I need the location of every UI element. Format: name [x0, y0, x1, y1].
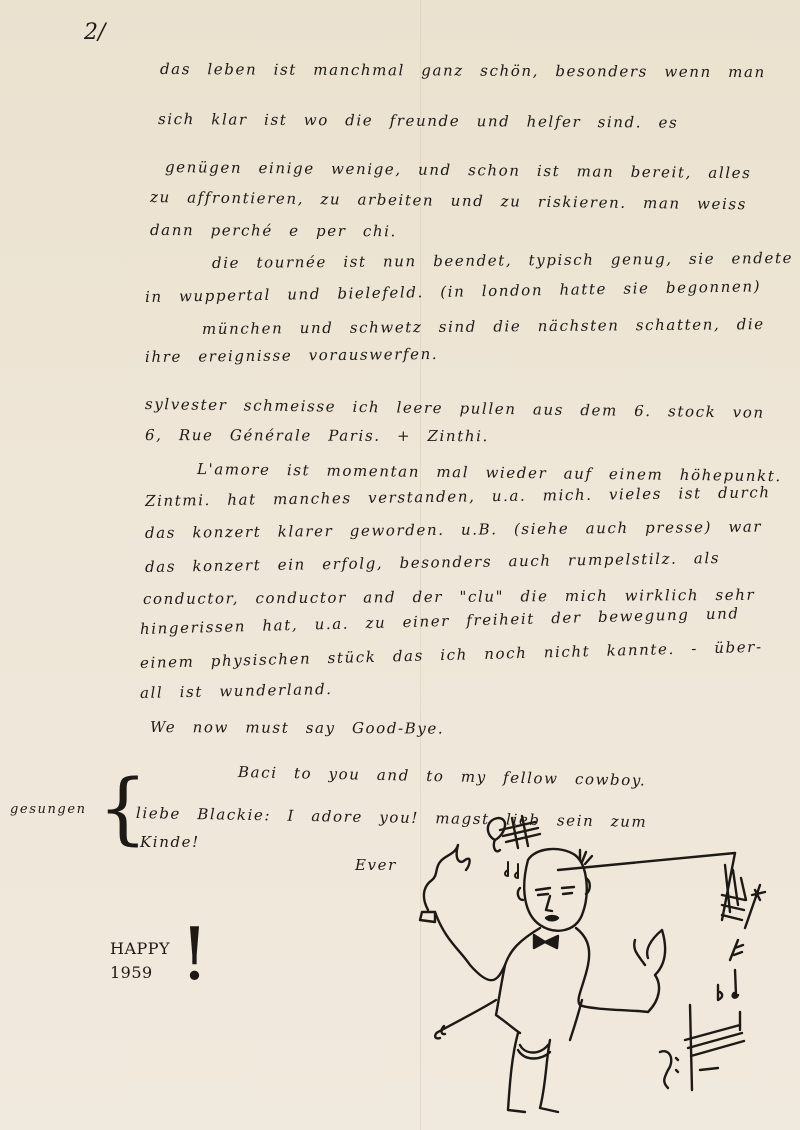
- note-line-2: Kinde!: [140, 835, 200, 850]
- letter-line-5: dann perché e per chi.: [150, 223, 397, 239]
- letter-line-2: sich klar ist wo die freunde und helfer …: [158, 112, 678, 131]
- page-number: 2/: [84, 22, 105, 44]
- curly-brace: {: [98, 770, 148, 848]
- letter-line-1: das leben ist manchmal ganz schön, beson…: [160, 62, 766, 80]
- greeting-year: 1959: [110, 961, 170, 985]
- conductor-caricature-drawing: [400, 800, 800, 1130]
- bass-clef-icon: [660, 1051, 678, 1088]
- exclamation-mark: !: [180, 918, 209, 990]
- letter-line-11: 6, Rue Générale Paris. + Zinthi.: [145, 428, 489, 444]
- letter-line-20: We now must say Good-Bye.: [150, 720, 444, 737]
- letter-line-16: conductor, conductor and der "clu" die m…: [143, 588, 755, 607]
- signoff: Ever: [355, 858, 397, 873]
- greeting-happy: HAPPY: [110, 937, 170, 961]
- treble-clef-icon: [488, 818, 505, 851]
- margin-label-gesungen: gesungen: [10, 803, 87, 816]
- new-year-greeting: HAPPY 1959: [110, 937, 170, 985]
- letter-line-19: all ist wunderland.: [140, 682, 333, 701]
- letter-line-9: ihre ereignisse vorauswerfen.: [145, 347, 438, 365]
